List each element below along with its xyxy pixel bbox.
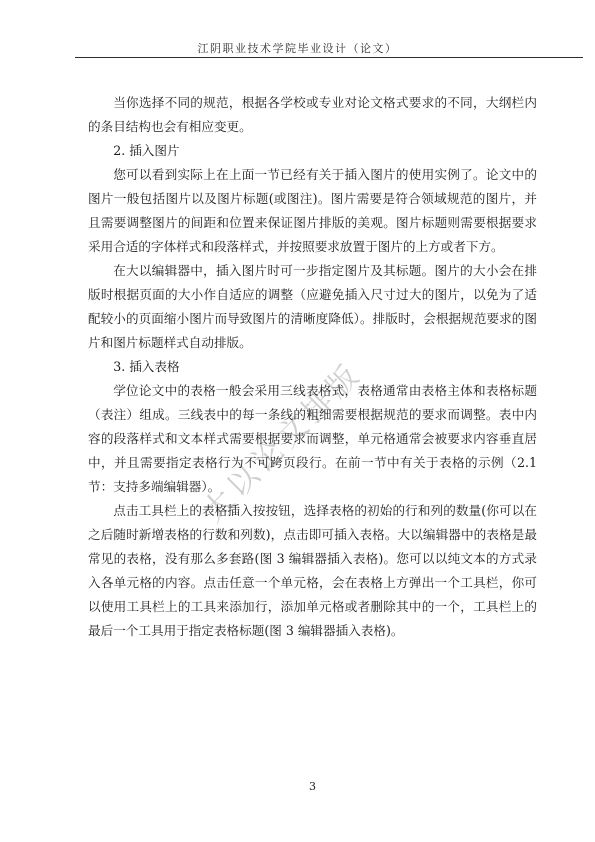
page-header-title: 江阴职业技术学院毕业设计（论文） — [0, 40, 595, 56]
paragraph-image-usage: 您可以看到实际上在上面一节已经有关于插入图片的使用实例了。论文中的图片一般包括图… — [88, 163, 537, 259]
section-heading-insert-image: 2. 插入图片 — [88, 139, 537, 163]
paragraph-table-toolbar: 点击工具栏上的表格插入按按钮，选择表格的初始的行和列的数量(你可以在之后随时新增… — [88, 499, 537, 643]
section-heading-insert-table: 3. 插入表格 — [88, 355, 537, 379]
paragraph-table-format: 学位论文中的表格一般会采用三线表格式，表格通常由表格主体和表格标题（表注）组成。… — [88, 379, 537, 499]
document-page: 江阴职业技术学院毕业设计（论文） 大以论文排版 当你选择不同的规范，根据各学校或… — [0, 0, 595, 842]
page-number: 3 — [88, 780, 537, 793]
paragraph-image-editor: 在大以编辑器中，插入图片时可一步指定图片及其标题。图片的大小会在排版时根据页面的… — [88, 259, 537, 355]
paragraph-intro: 当你选择不同的规范，根据各学校或专业对论文格式要求的不同，大纲栏内的条目结构也会… — [88, 91, 537, 139]
document-body: 当你选择不同的规范，根据各学校或专业对论文格式要求的不同，大纲栏内的条目结构也会… — [88, 91, 537, 643]
header-rule — [75, 57, 583, 58]
